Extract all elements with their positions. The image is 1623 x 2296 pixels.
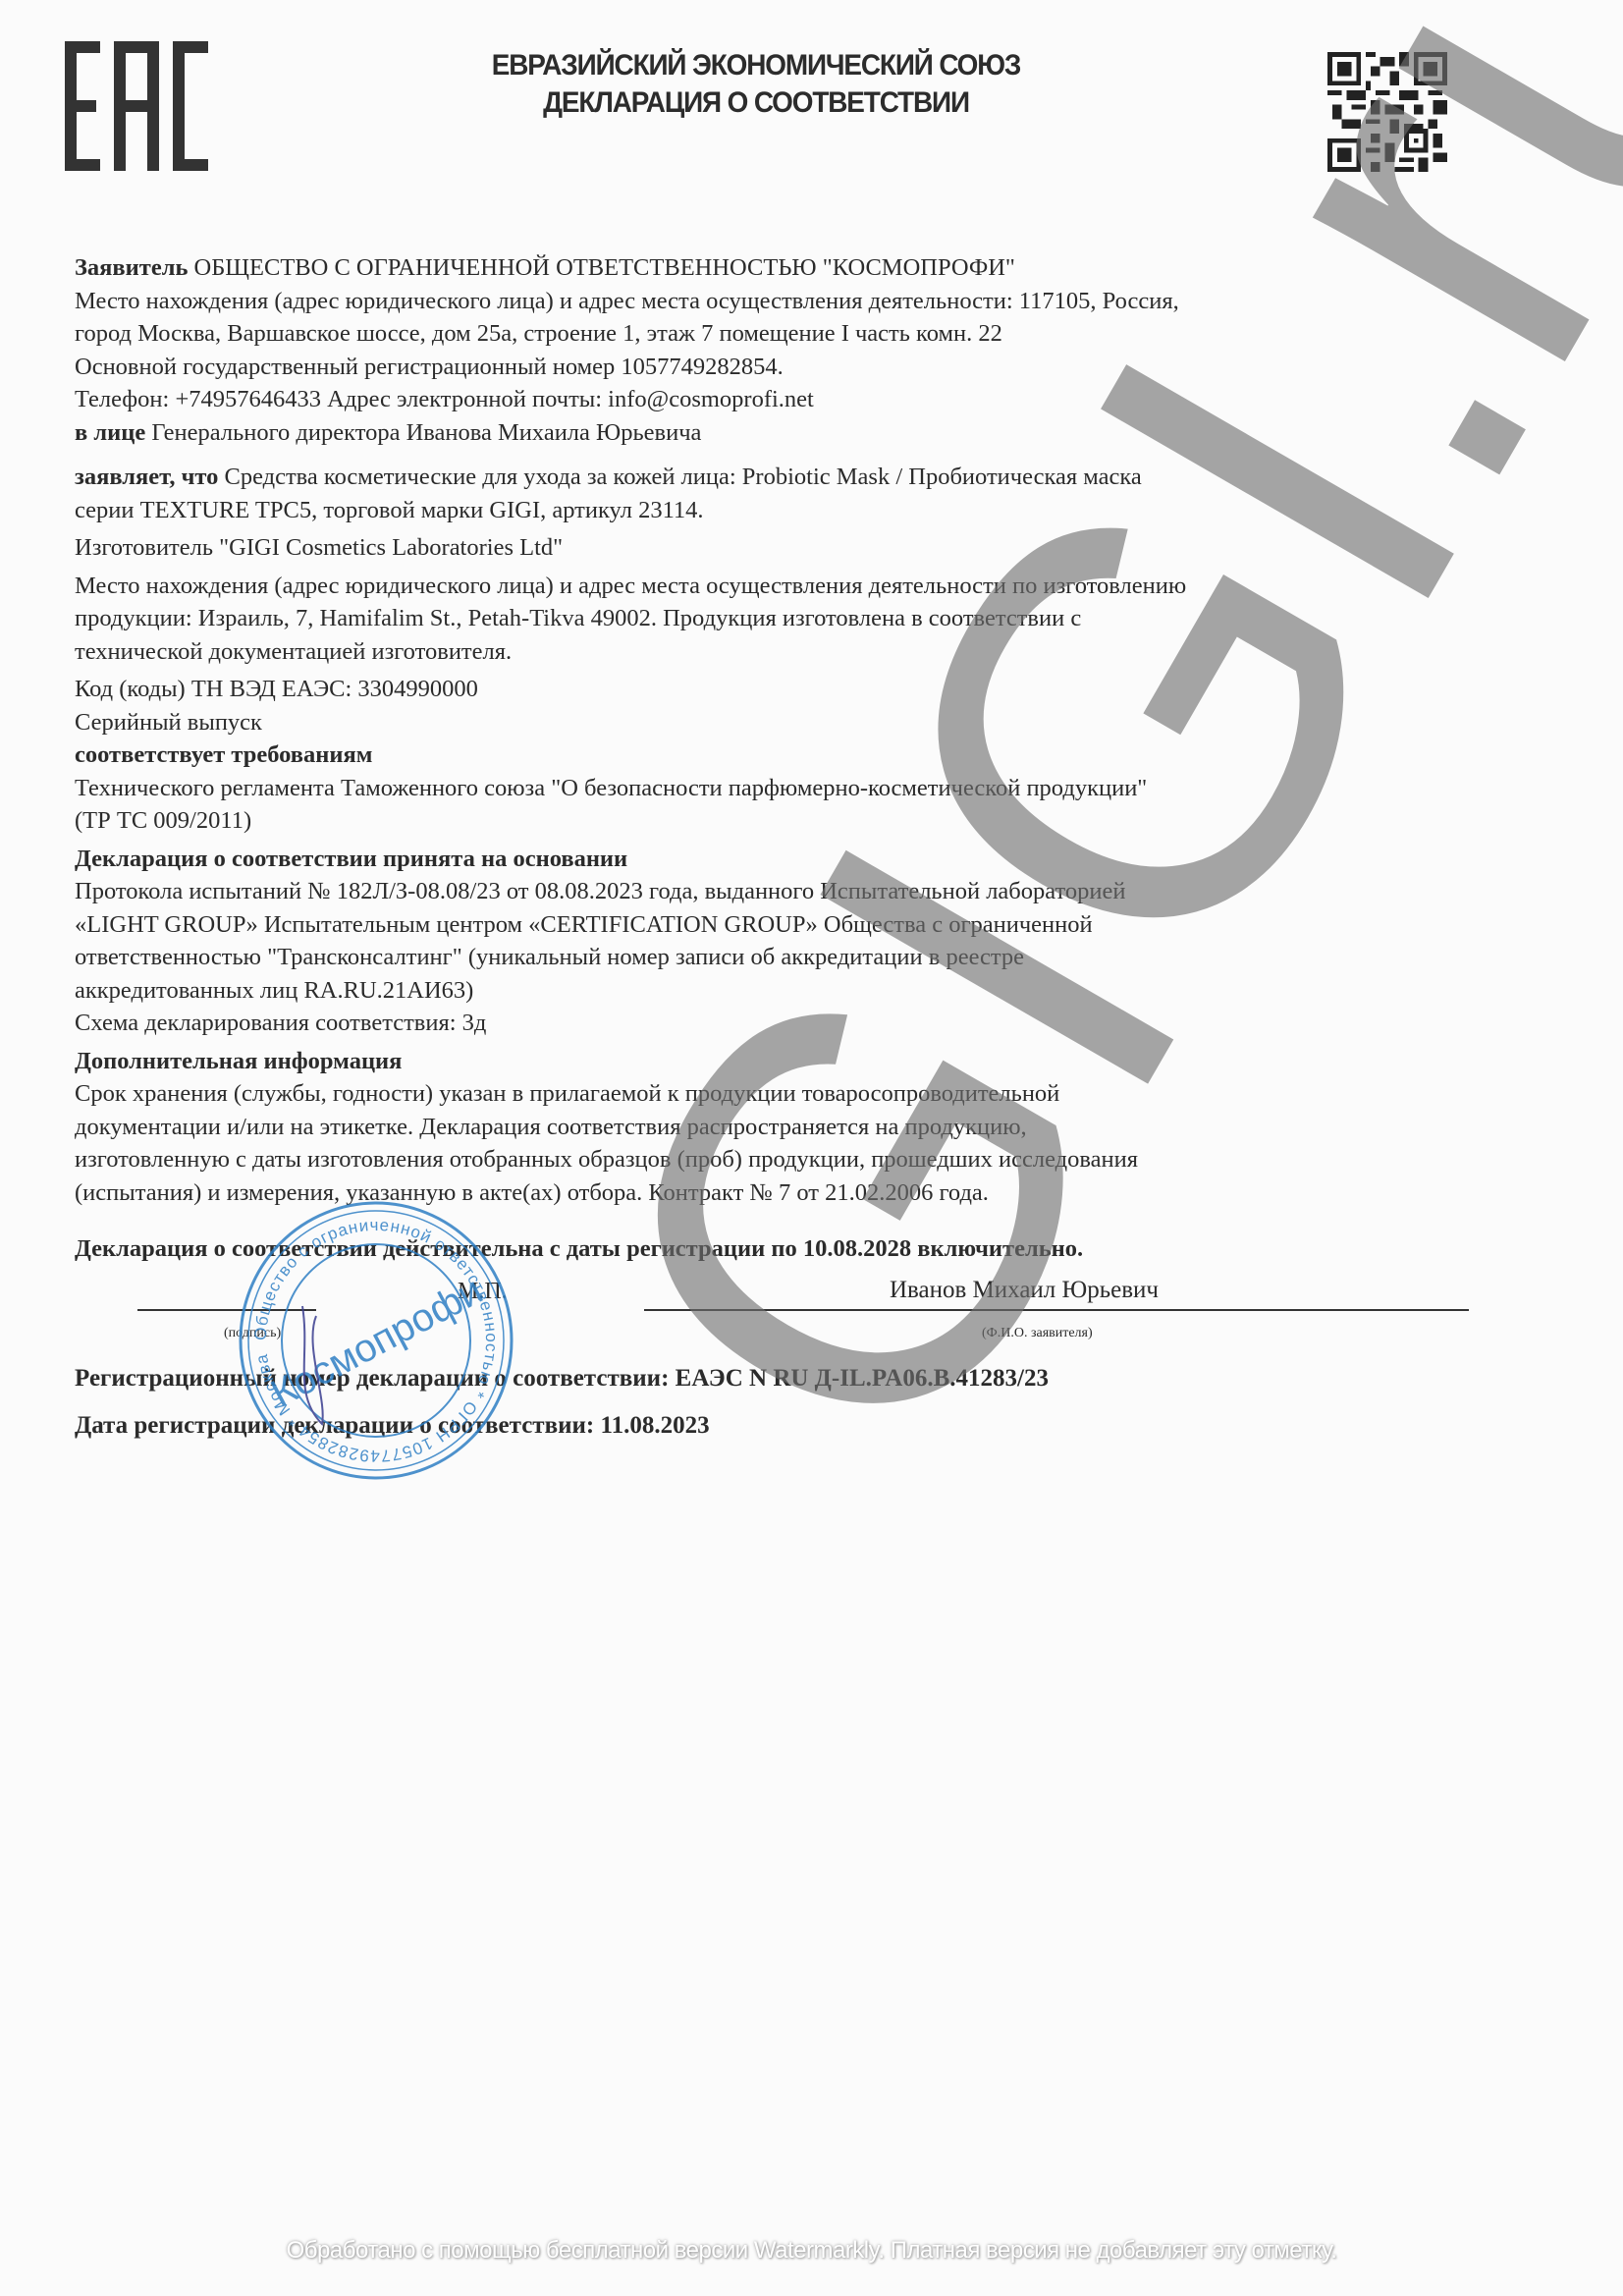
- manufacturer-address-3: технической документацией изготовителя.: [75, 635, 1488, 669]
- stamp-center-text: Космопрофи: [264, 1269, 490, 1416]
- title-union: ЕВРАЗИЙСКИЙ ЭКОНОМИЧЕСКИЙ СОЮЗ: [382, 47, 1131, 84]
- requirements-section: соответствует требованиям Технического р…: [75, 738, 1488, 838]
- basis-line-2: «LIGHT GROUP» Испытательным центром «CER…: [75, 908, 1488, 942]
- applicant-full-name: Иванов Михаил Юрьевич: [890, 1274, 1159, 1307]
- declaration-scheme: Схема декларирования соответствия: 3д: [75, 1007, 1488, 1040]
- qr-code-icon: [1327, 49, 1447, 175]
- applicant-address-1: Место нахождения (адрес юридического лиц…: [75, 285, 1488, 318]
- manufacturer-address-2: продукции: Израиль, 7, Hamifalim St., Pe…: [75, 602, 1488, 635]
- basis-section: Декларация о соответствии принята на осн…: [75, 843, 1488, 1040]
- applicant-contacts: Телефон: +74957646433 Адрес электронной …: [75, 383, 1488, 416]
- product-section: заявляет, что Средства косметические для…: [75, 461, 1488, 526]
- applicant-ogrn: Основной государственный регистрационный…: [75, 351, 1488, 384]
- title-declaration: ДЕКЛАРАЦИЯ О СООТВЕТСТВИИ: [382, 84, 1131, 122]
- applicant-section: Заявитель ОБЩЕСТВО С ОГРАНИЧЕННОЙ ОТВЕТС…: [75, 251, 1488, 449]
- requirements-line-2: (ТР ТС 009/2011): [75, 804, 1488, 838]
- name-line: [644, 1309, 1469, 1311]
- applicant-label: Заявитель: [75, 254, 188, 281]
- manufacturer-section: Изготовитель "GIGI Cosmetics Laboratorie…: [75, 531, 1488, 668]
- watermarkly-notice: Обработано с помощью бесплатной версии W…: [0, 2237, 1623, 2265]
- manufacturer-address-1: Место нахождения (адрес юридического лиц…: [75, 570, 1488, 603]
- tnved-code: Код (коды) ТН ВЭД ЕАЭС: 3304990000: [75, 673, 1488, 706]
- additional-section: Дополнительная информация Срок хранения …: [75, 1045, 1488, 1210]
- applicant-address-2: город Москва, Варшавское шоссе, дом 25а,…: [75, 317, 1488, 351]
- requirements-line-1: Технического регламента Таможенного союз…: [75, 772, 1488, 805]
- applicant-name: ОБЩЕСТВО С ОГРАНИЧЕННОЙ ОТВЕТСТВЕННОСТЬЮ…: [188, 254, 1015, 281]
- basis-line-4: аккредитованных лиц RA.RU.21АИ63): [75, 974, 1488, 1008]
- additional-line-2: документации и/или на этикетке. Декларац…: [75, 1111, 1488, 1144]
- product-line-2: серии TEXTURE TPC5, торговой марки GIGI,…: [75, 494, 1488, 527]
- additional-heading: Дополнительная информация: [75, 1045, 1488, 1078]
- basis-line-3: ответственностью "Трансконсалтинг" (уник…: [75, 941, 1488, 974]
- company-stamp-icon: Общество с ограниченной ответственностью…: [234, 1198, 518, 1483]
- declares-label: заявляет, что: [75, 464, 218, 490]
- manufacturer-name: Изготовитель "GIGI Cosmetics Laboratorie…: [75, 531, 1488, 565]
- document-title: ЕВРАЗИЙСКИЙ ЭКОНОМИЧЕСКИЙ СОЮЗ ДЕКЛАРАЦИ…: [382, 47, 1131, 122]
- eac-logo-icon: [65, 41, 218, 171]
- representative-name: Генерального директора Иванова Михаила Ю…: [145, 419, 701, 446]
- requirements-heading: соответствует требованиям: [75, 738, 1488, 772]
- release-type: Серийный выпуск: [75, 706, 1488, 739]
- additional-line-3: изготовленную с даты изготовления отобра…: [75, 1143, 1488, 1176]
- representative-label: в лице: [75, 419, 145, 446]
- additional-line-1: Срок хранения (службы, годности) указан …: [75, 1077, 1488, 1111]
- product-line-1: Средства косметические для ухода за коже…: [218, 464, 1141, 490]
- basis-heading: Декларация о соответствии принята на осн…: [75, 843, 1488, 876]
- name-label: (Ф.И.О. заявителя): [982, 1317, 1093, 1350]
- basis-line-1: Протокола испытаний № 182Л/З-08.08/23 от…: [75, 875, 1488, 908]
